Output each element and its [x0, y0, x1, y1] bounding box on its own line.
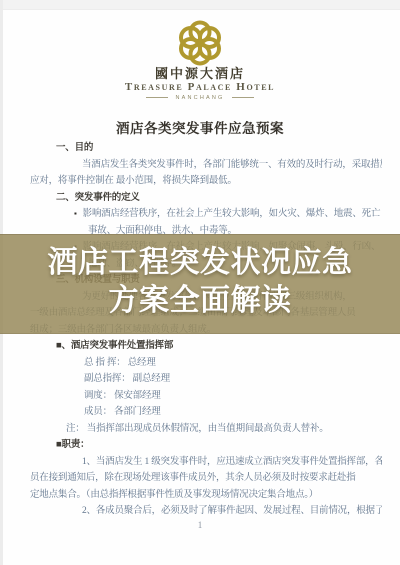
doc-line: 2、各成员聚合后，必须及时了解事件起因、发展过程、目前情况，根据了解 — [82, 503, 382, 520]
promo-title-line2: 方案全面解读 — [0, 282, 400, 320]
promo-overlay-title: 酒店工程突发状况应急 方案全面解读 — [0, 244, 400, 320]
doc-line: 总 指 挥： 总经理 — [84, 355, 382, 372]
bullet-marker: ▪ — [74, 209, 77, 218]
doc-line: 二、突发事件的定义 — [56, 190, 382, 207]
doc-line: 副总指挥： 副总经理 — [84, 371, 382, 388]
hotel-logo-rosette-icon — [177, 19, 223, 67]
hotel-city-label: NANCHANG — [0, 95, 400, 101]
doc-line: 1、当酒店发生 1 级突发事件时，应迅速成立酒店突发事件处置指挥部，各成 — [82, 454, 382, 471]
doc-line: 调度： 保安部经理 — [84, 388, 382, 405]
document-page: 國中源大酒店 Treasure Palace Hotel NANCHANG 酒店… — [0, 0, 400, 565]
page-number: 1 — [0, 520, 400, 530]
doc-line: 员在接到通知后，除在现场处理该事件成员外，其余人员必须及时按要求赶赴指 — [30, 470, 382, 487]
doc-line: ▪影响酒店经营秩序，在社会上产生较大影响，如火灾、爆炸、地震、死亡 — [74, 206, 382, 223]
doc-line: ■、酒店突发事件处置指挥部 — [56, 338, 382, 355]
doc-line: ■职责： — [56, 437, 382, 454]
hotel-name-english: Treasure Palace Hotel — [0, 81, 400, 93]
doc-line: 一、目的 — [56, 140, 382, 157]
hotel-name-chinese: 國中源大酒店 — [0, 63, 400, 82]
document-title: 酒店各类突发事件应急预案 — [0, 117, 400, 137]
doc-line: 当酒店发生各类突发事件时，各部门能够统一、有效的及时行动，采取措施 — [82, 157, 382, 174]
promo-title-line1: 酒店工程突发状况应急 — [0, 244, 400, 282]
doc-line: 注： 当指挥部出现成员休假情况，由当值期间最高负责人替补。 — [66, 421, 382, 438]
doc-line: 应对，将事件控制在 最小范围，将损失降到最低。 — [30, 173, 382, 190]
top-gray-strip — [0, 0, 400, 10]
doc-line: 定地点集合。（由总指挥根据事件性质及事发现场情况决定集合地点。） — [30, 487, 382, 504]
doc-line: 成员： 各部门经理 — [84, 404, 382, 421]
